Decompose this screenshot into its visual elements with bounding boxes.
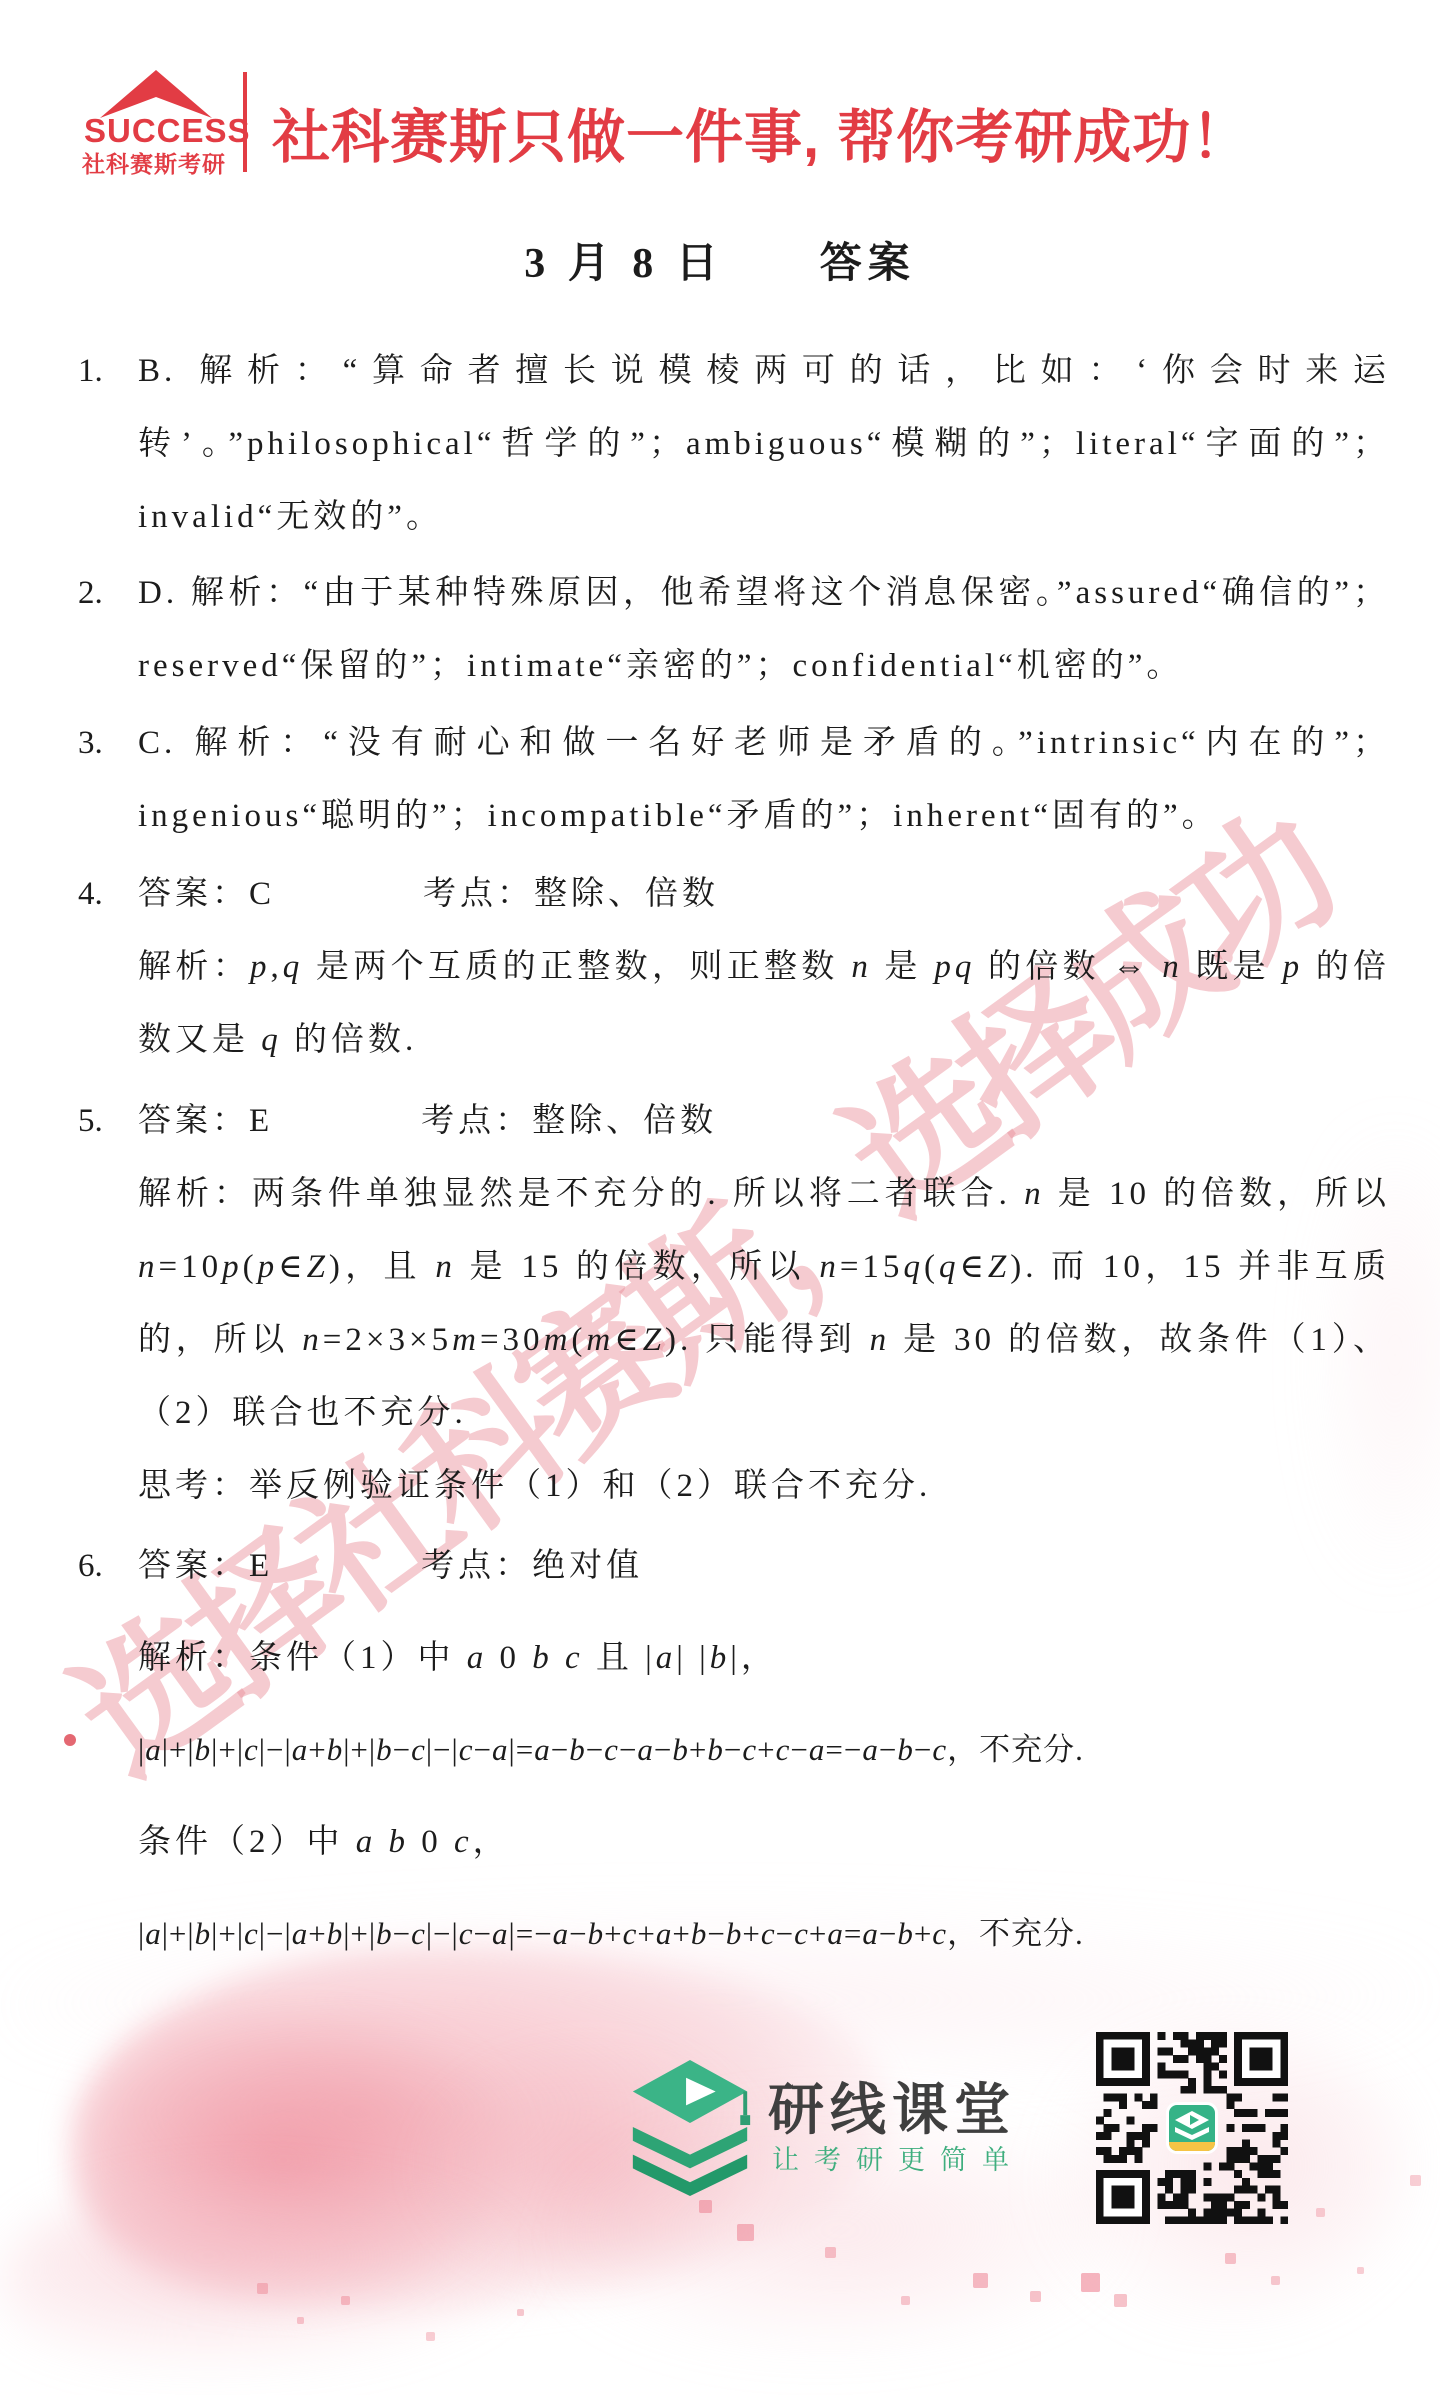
item-number: 2.: [78, 557, 138, 703]
item-body: C. 解析：“没有耐心和做一名好老师是矛盾的。”intrinsic“内在的”；i…: [138, 707, 1390, 853]
item-body: B. 解析：“算命者擅长说模棱两可的话，比如：‘你会时来运转’。”philoso…: [138, 335, 1390, 554]
item-body: D. 解析：“由于某种特殊原因，他希望将这个消息保密。”assured“确信的”…: [138, 557, 1390, 703]
footer-tagline: 让考研更简单: [772, 2138, 1024, 2177]
header-slogan: 社科赛斯只做一件事, 帮你考研成功！: [272, 90, 1412, 174]
ink-speckles: [0, 0, 1, 1]
watercolor-splash: [90, 2010, 520, 2310]
answer-paragraph: 答案：E 考点：绝对值: [138, 1520, 1390, 1612]
page: 选择社科赛斯，选择成功 SUCCESS 社科赛斯考研 社科赛斯只做一件事, 帮你…: [0, 0, 1440, 2395]
answer-paragraph: B. 解析：“算命者擅长说模棱两可的话，比如：‘你会时来运转’。”philoso…: [138, 335, 1390, 554]
answer-paragraph: 条件（2）中 a b 0 c，: [138, 1796, 1390, 1888]
watercolor-splash: [70, 1945, 890, 2315]
yanxian-logo-icon: [630, 2058, 752, 2196]
answer-paragraph: 答案：E 考点：整除、倍数: [138, 1085, 1390, 1158]
ink-dot: [64, 1734, 76, 1746]
item-number: 5.: [78, 1085, 138, 1523]
answer-paragraph: D. 解析：“由于某种特殊原因，他希望将这个消息保密。”assured“确信的”…: [138, 557, 1390, 703]
answer-paragraph: 答案：C 考点：整除、倍数: [138, 858, 1390, 931]
item-body: 答案：E 考点：整除、倍数解析：两条件单独显然是不充分的. 所以将二者联合. n…: [138, 1085, 1390, 1523]
answer-item: 5.答案：E 考点：整除、倍数解析：两条件单独显然是不充分的. 所以将二者联合.…: [78, 1085, 1390, 1523]
item-body: 答案：E 考点：绝对值解析：条件（1）中 a 0 b c 且 |a| |b|，|…: [138, 1520, 1390, 1980]
logo-brand-subtitle: 社科赛斯考研: [80, 146, 228, 179]
answer-paragraph: 解析：p,q 是两个互质的正整数，则正整数 n 是 pq 的倍数 ⇔ n 既是 …: [138, 931, 1390, 1077]
answer-item: 2.D. 解析：“由于某种特殊原因，他希望将这个消息保密。”assured“确信…: [78, 557, 1390, 703]
item-body: 答案：C 考点：整除、倍数解析：p,q 是两个互质的正整数，则正整数 n 是 p…: [138, 858, 1390, 1077]
watercolor-splash: [0, 2180, 520, 2370]
logo-brand-name: SUCCESS: [84, 112, 224, 150]
item-number: 3.: [78, 707, 138, 853]
qr-center-app-icon: [1166, 2102, 1218, 2154]
qr-code: [1096, 2032, 1288, 2224]
answer-item: 4.答案：C 考点：整除、倍数解析：p,q 是两个互质的正整数，则正整数 n 是…: [78, 858, 1390, 1077]
formula-paragraph: |a|+|b|+|c|−|a+b|+|b−c|−|c−a|=a−b−c−a−b+…: [138, 1704, 1390, 1796]
answer-paragraph: 解析：条件（1）中 a 0 b c 且 |a| |b|，: [138, 1612, 1390, 1704]
success-logo-triangle-icon: [100, 70, 212, 118]
footer-brand-name: 研线课堂: [768, 2066, 1016, 2146]
item-number: 1.: [78, 335, 138, 554]
item-number: 4.: [78, 858, 138, 1077]
item-number: 6.: [78, 1520, 138, 1980]
answer-paragraph: 思考：举反例验证条件（1）和（2）联合不充分.: [138, 1450, 1390, 1523]
header-divider: [243, 72, 247, 172]
page-title: 3 月 8 日 答案: [0, 230, 1440, 290]
formula-paragraph: |a|+|b|+|c|−|a+b|+|b−c|−|c−a|=−a−b+c+a+b…: [138, 1888, 1390, 1980]
answer-paragraph: C. 解析：“没有耐心和做一名好老师是矛盾的。”intrinsic“内在的”；i…: [138, 707, 1390, 853]
answer-paragraph: 解析：两条件单独显然是不充分的. 所以将二者联合. n 是 10 的倍数，所以 …: [138, 1158, 1390, 1450]
answer-item: 1.B. 解析：“算命者擅长说模棱两可的话，比如：‘你会时来运转’。”philo…: [78, 335, 1390, 554]
answer-item: 6.答案：E 考点：绝对值解析：条件（1）中 a 0 b c 且 |a| |b|…: [78, 1520, 1390, 1980]
answer-item: 3.C. 解析：“没有耐心和做一名好老师是矛盾的。”intrinsic“内在的”…: [78, 707, 1390, 853]
